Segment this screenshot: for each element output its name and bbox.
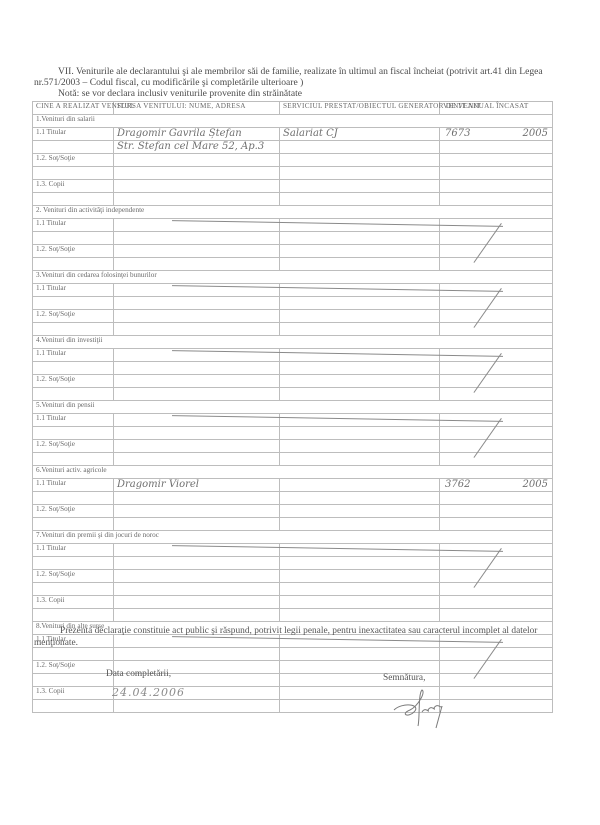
- row-label: 1.1 Titular: [33, 479, 114, 492]
- row-label: 1.2. Soţ/Soţie: [33, 570, 114, 583]
- amount-value: 3762: [445, 479, 470, 490]
- amount-cell: [440, 310, 553, 323]
- source-cell: Dragomir Gavrila Ștefan: [114, 128, 280, 141]
- section-title: 4.Venituri din investiţii: [33, 336, 553, 349]
- section-heading: VII. Veniturile ale declarantului şi ale…: [34, 66, 574, 88]
- row-label: 1.2. Soţ/Soţie: [33, 440, 114, 453]
- table-row-spacer: [33, 232, 553, 245]
- table-row-spacer: [33, 700, 553, 713]
- row-label: 1.1 Titular: [33, 219, 114, 232]
- header-service: SERVICIUL PRESTAT/OBIECTUL GENERATOR DE …: [280, 102, 440, 115]
- row-label-text: 1.1 Titular: [36, 349, 66, 357]
- table-row: 1.2. Soţ/Soţie: [33, 505, 553, 518]
- signature-label: Semnătura,: [383, 673, 425, 683]
- amount-cell: [440, 180, 553, 193]
- source-cell-text: Dragomir Viorel: [117, 479, 199, 490]
- date-value: 24.04.2006: [112, 686, 185, 699]
- service-cell: [280, 596, 440, 609]
- table-row: 1.3. Copii: [33, 687, 553, 700]
- table-row-spacer: [33, 297, 553, 310]
- row-label: 1.2. Soţ/Soţie: [33, 505, 114, 518]
- table-header-row: CINE A REALIZAT VENITUL SURSA VENITULUI:…: [33, 102, 553, 115]
- header-source: SURSA VENITULUI: NUME, ADRESA: [114, 102, 280, 115]
- section-title: 3.Venituri din cedarea folosinţei bunuri…: [33, 271, 553, 284]
- row-label: 1.3. Copii: [33, 687, 114, 700]
- section-title: 5.Venituri din pensii: [33, 401, 553, 414]
- table-row: 1.2. Soţ/Soţie: [33, 570, 553, 583]
- table-row: 1.3. Copii: [33, 180, 553, 193]
- table-row-spacer: [33, 193, 553, 206]
- section-intro: VII. Veniturile ale declarantului şi ale…: [34, 66, 574, 99]
- table-row-spacer: [33, 648, 553, 661]
- source-cell: [114, 596, 280, 609]
- section-title-row: 6.Venituri activ. agricole: [33, 466, 553, 479]
- row-label: 1.2. Soţ/Soţie: [33, 375, 114, 388]
- service-cell: Salariat CJ: [280, 128, 440, 141]
- table-row-spacer: [33, 518, 553, 531]
- table-row: 1.1 TitularDragomir Gavrila ȘtefanSalari…: [33, 128, 553, 141]
- row-label-text: 1.3. Copii: [36, 180, 65, 188]
- row-label: 1.3. Copii: [33, 596, 114, 609]
- row-label: 1.1 Titular: [33, 544, 114, 557]
- table-row: 1.2. Soţ/Soţie: [33, 440, 553, 453]
- source-cell: [114, 180, 280, 193]
- service-cell: [280, 310, 440, 323]
- row-label-text: 1.1 Titular: [36, 544, 66, 552]
- source-cell-text: Dragomir Gavrila Ștefan: [117, 128, 242, 139]
- row-label-text: 1.2. Soţ/Soţie: [36, 440, 75, 448]
- footer-statement: Prezenta declaraţie constituie act publi…: [34, 625, 574, 649]
- source-cell: [114, 310, 280, 323]
- section-title-row: 5.Venituri din pensii: [33, 401, 553, 414]
- service-cell: [280, 180, 440, 193]
- amount-cell: [440, 661, 553, 674]
- row-label-text: 1.3. Copii: [36, 687, 65, 695]
- row-label-text: 1.2. Soţ/Soţie: [36, 310, 75, 318]
- service-cell: [280, 440, 440, 453]
- amount-cell: [440, 375, 553, 388]
- amount-value: 7673: [445, 128, 470, 139]
- year-value: 2005: [523, 479, 548, 490]
- source-cell: Dragomir Viorel: [114, 479, 280, 492]
- source-cell: [114, 375, 280, 388]
- section-title: 1.Venituri din salarii: [33, 115, 553, 128]
- table-row: 1.2. Soţ/Soţie: [33, 245, 553, 258]
- row-label-text: 1.2. Soţ/Soţie: [36, 245, 75, 253]
- row-label-text: 1.1 Titular: [36, 128, 66, 136]
- section-note: Notă: se vor declara inclusiv veniturile…: [34, 88, 574, 99]
- table-row: 1.1 TitularDragomir Viorel37622005: [33, 479, 553, 492]
- row-label: 1.2. Soţ/Soţie: [33, 154, 114, 167]
- table-row-spacer: [33, 609, 553, 622]
- amount-cell: [440, 245, 553, 258]
- row-label: 1.1 Titular: [33, 128, 114, 141]
- row-label-text: 1.1 Titular: [36, 219, 66, 227]
- date-label: Data completării,: [106, 669, 171, 679]
- amount-cell: [440, 505, 553, 518]
- row-label-text: 1.2. Soţ/Soţie: [36, 570, 75, 578]
- row-label: 1.1 Titular: [33, 284, 114, 297]
- signature-mark: [392, 688, 462, 738]
- amount-cell: [440, 440, 553, 453]
- row-label-text: 1.2. Soţ/Soţie: [36, 661, 75, 669]
- table-row-spacer: [33, 492, 553, 505]
- row-label-text: 1.1 Titular: [36, 414, 66, 422]
- section-title: 6.Venituri activ. agricole: [33, 466, 553, 479]
- service-cell: [280, 375, 440, 388]
- table-row: 1.2. Soţ/Soţie: [33, 375, 553, 388]
- source-cell: [114, 440, 280, 453]
- table-row: 1.2. Soţ/Soţie: [33, 310, 553, 323]
- income-table: CINE A REALIZAT VENITUL SURSA VENITULUI:…: [32, 101, 553, 713]
- table-row-spacer: [33, 427, 553, 440]
- source-address-text: Str. Stefan cel Mare 52, Ap.3: [117, 141, 264, 152]
- section-title: 2. Venituri din activităţi independente: [33, 206, 553, 219]
- row-label: 1.2. Soţ/Soţie: [33, 245, 114, 258]
- service-cell: [280, 661, 440, 674]
- header-who: CINE A REALIZAT VENITUL: [33, 102, 114, 115]
- section-title-row: 4.Venituri din investiţii: [33, 336, 553, 349]
- row-label: 1.1 Titular: [33, 349, 114, 362]
- amount-cell: [440, 596, 553, 609]
- header-amount: VENIT ANUAL ÎNCASAT: [440, 102, 553, 115]
- service-cell: [280, 479, 440, 492]
- row-label: 1.2. Soţ/Soţie: [33, 661, 114, 674]
- row-label-text: 1.2. Soţ/Soţie: [36, 375, 75, 383]
- amount-cell: 37622005: [440, 479, 553, 492]
- source-cell: [114, 570, 280, 583]
- table-row-spacer: [33, 167, 553, 180]
- source-cell: [114, 154, 280, 167]
- table-row-spacer: Str. Stefan cel Mare 52, Ap.3: [33, 141, 553, 154]
- section-title-row: 7.Venituri din premii şi din jocuri de n…: [33, 531, 553, 544]
- year-value: 2005: [523, 128, 548, 139]
- row-label-text: 1.3. Copii: [36, 596, 65, 604]
- section-title-row: 1.Venituri din salarii: [33, 115, 553, 128]
- service-cell: [280, 245, 440, 258]
- row-label-text: 1.2. Soţ/Soţie: [36, 154, 75, 162]
- section-title-row: 3.Venituri din cedarea folosinţei bunuri…: [33, 271, 553, 284]
- source-cell: [114, 505, 280, 518]
- table-row: 1.3. Copii: [33, 596, 553, 609]
- row-label: 1.3. Copii: [33, 180, 114, 193]
- amount-cell: [440, 570, 553, 583]
- table-row-spacer: [33, 362, 553, 375]
- service-cell: [280, 154, 440, 167]
- row-label-text: 1.1 Titular: [36, 479, 66, 487]
- amount-cell: 76732005: [440, 128, 553, 141]
- row-label-text: 1.1 Titular: [36, 284, 66, 292]
- source-cell: [114, 245, 280, 258]
- table-row-spacer: [33, 557, 553, 570]
- service-cell-text: Salariat CJ: [283, 128, 338, 139]
- row-label: 1.2. Soţ/Soţie: [33, 310, 114, 323]
- section-title: 7.Venituri din premii şi din jocuri de n…: [33, 531, 553, 544]
- row-label: 1.1 Titular: [33, 414, 114, 427]
- amount-cell: [440, 154, 553, 167]
- service-cell: [280, 505, 440, 518]
- service-cell: [280, 570, 440, 583]
- section-title-row: 2. Venituri din activităţi independente: [33, 206, 553, 219]
- row-label-text: 1.2. Soţ/Soţie: [36, 505, 75, 513]
- table-row: 1.2. Soţ/Soţie: [33, 154, 553, 167]
